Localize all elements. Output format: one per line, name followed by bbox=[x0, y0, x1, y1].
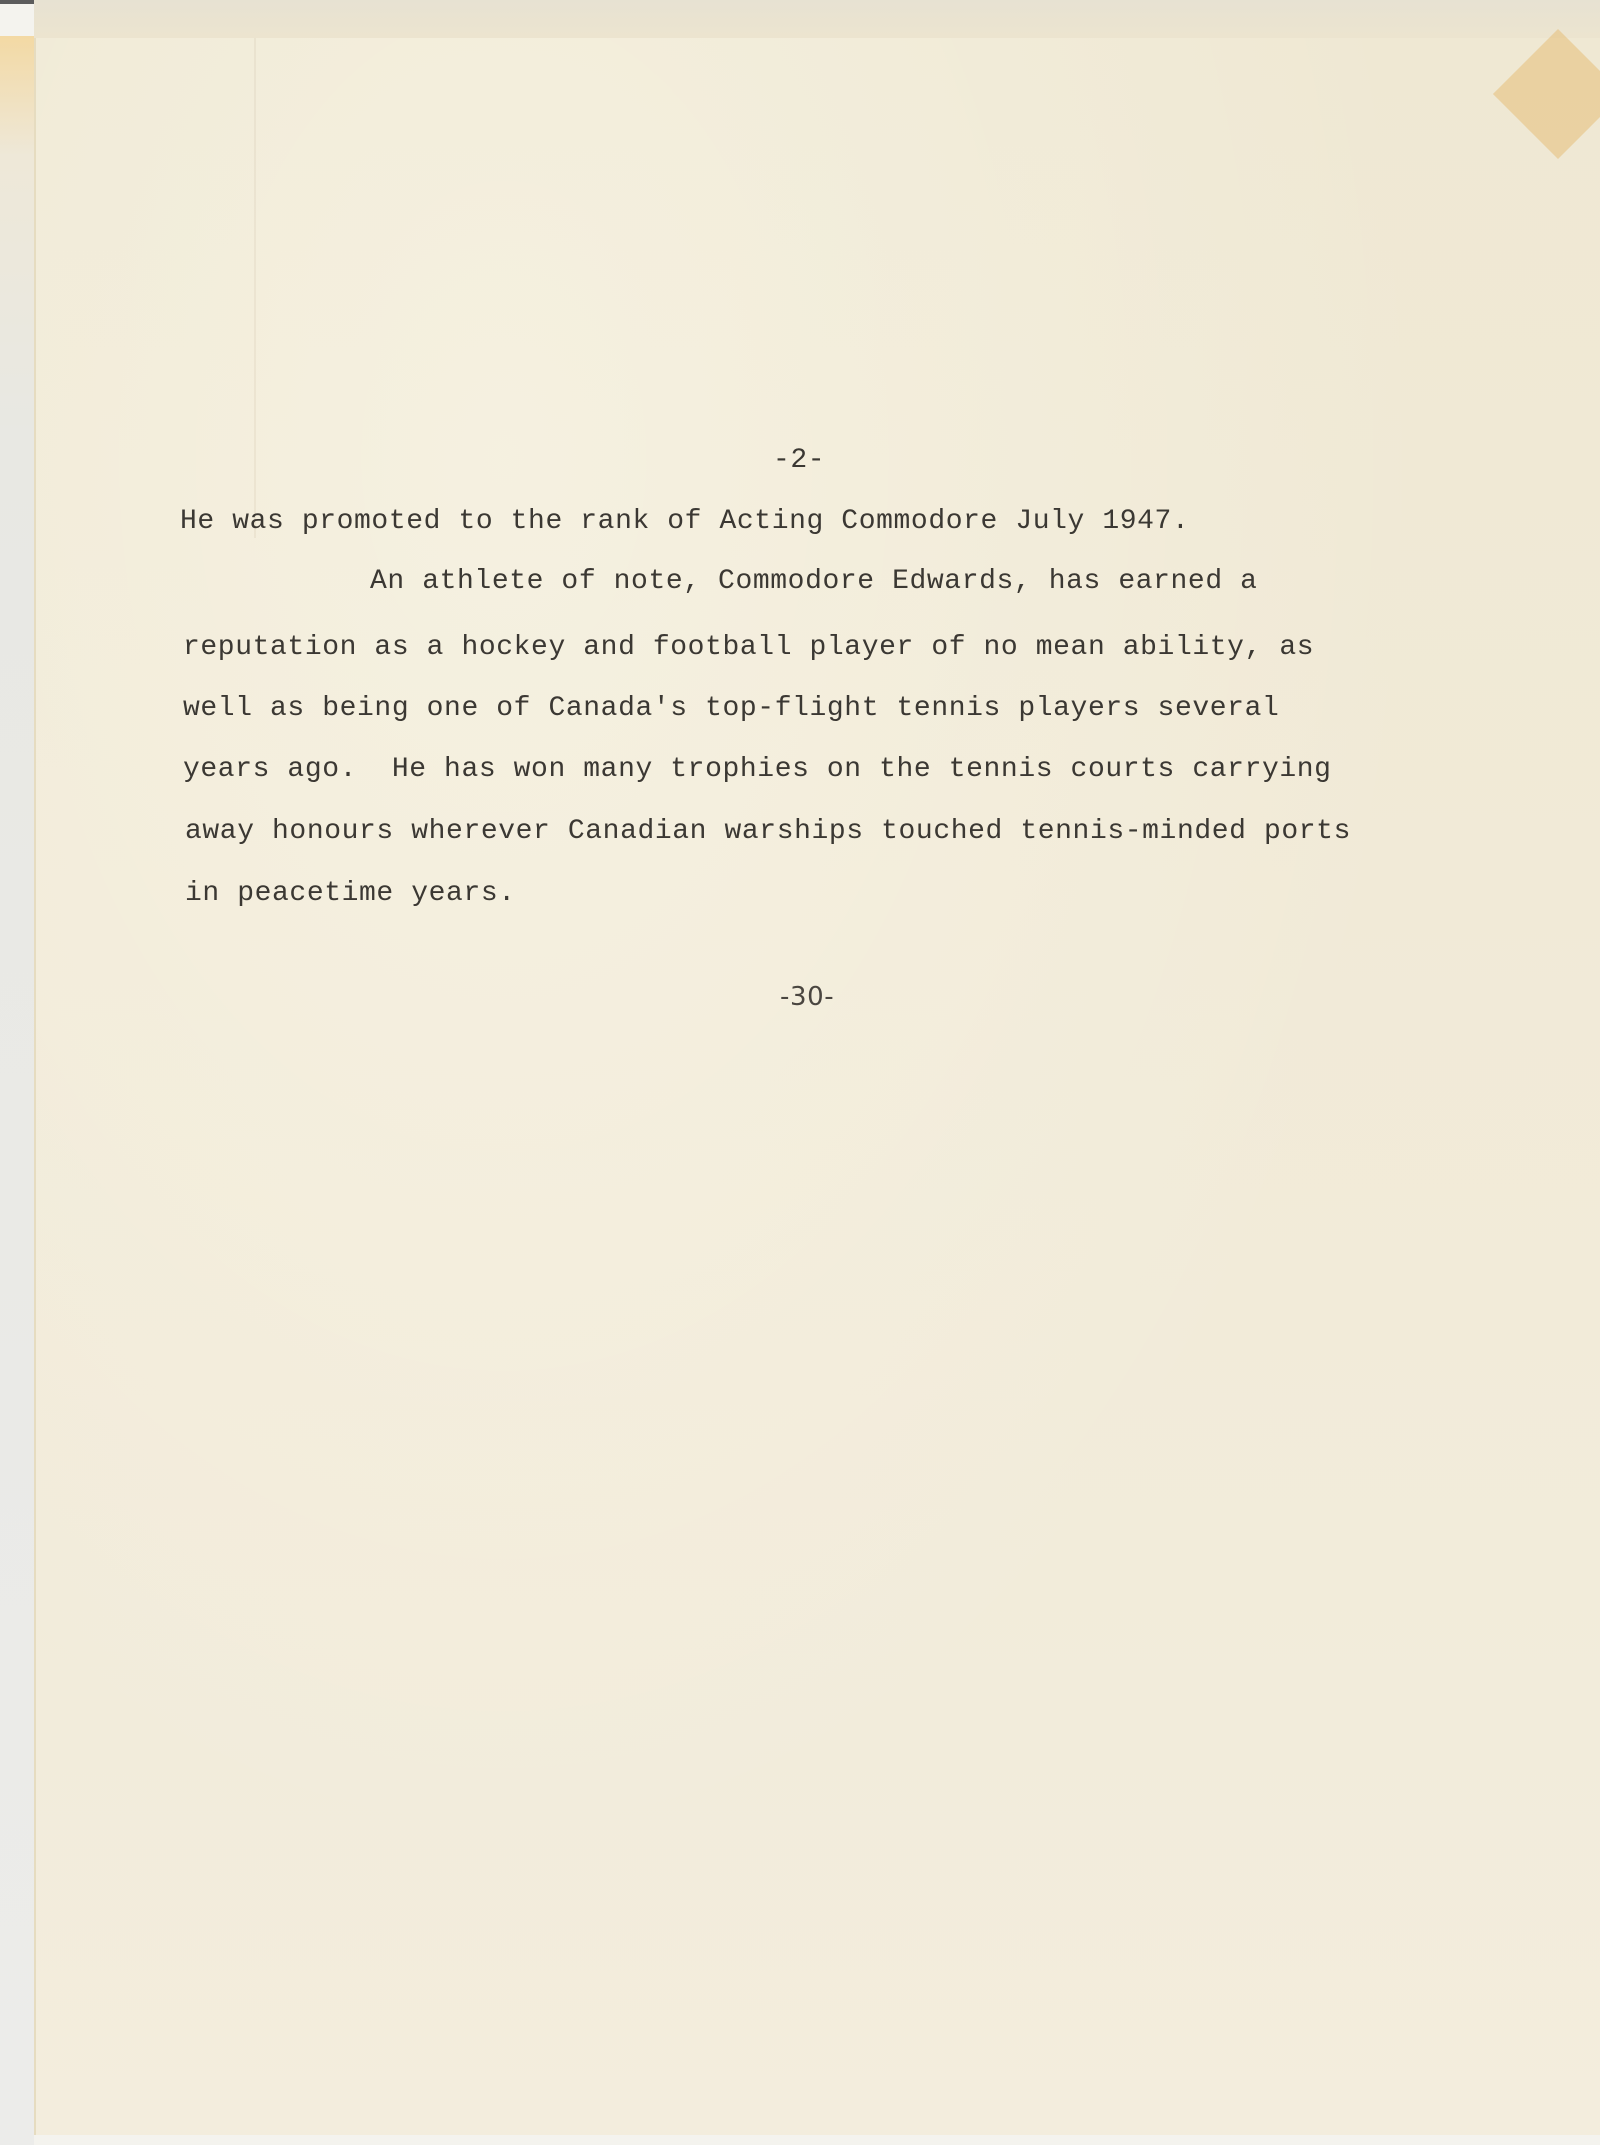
paragraph-2-line-5: away honours wherever Canadian warships … bbox=[185, 816, 1351, 847]
paragraph-2-line-2: reputation as a hockey and football play… bbox=[183, 632, 1314, 663]
page-number: -2- bbox=[773, 445, 825, 476]
typewritten-page bbox=[34, 38, 1600, 2135]
paper-crease bbox=[254, 38, 256, 538]
scanned-document: -2- He was promoted to the rank of Actin… bbox=[0, 0, 1600, 2145]
paragraph-2-line-1: An athlete of note, Commodore Edwards, h… bbox=[370, 566, 1258, 597]
scan-margin bbox=[0, 36, 34, 2145]
paragraph-2-line-3: well as being one of Canada's top-flight… bbox=[183, 693, 1279, 724]
underlying-page-edge bbox=[34, 0, 1600, 39]
paragraph-1-line-1: He was promoted to the rank of Acting Co… bbox=[180, 506, 1189, 537]
end-mark: -30- bbox=[780, 982, 834, 1012]
paragraph-2-line-4: years ago. He has won many trophies on t… bbox=[183, 754, 1332, 785]
paragraph-2-line-6: in peacetime years. bbox=[185, 878, 516, 909]
tape-mark bbox=[1493, 29, 1600, 159]
